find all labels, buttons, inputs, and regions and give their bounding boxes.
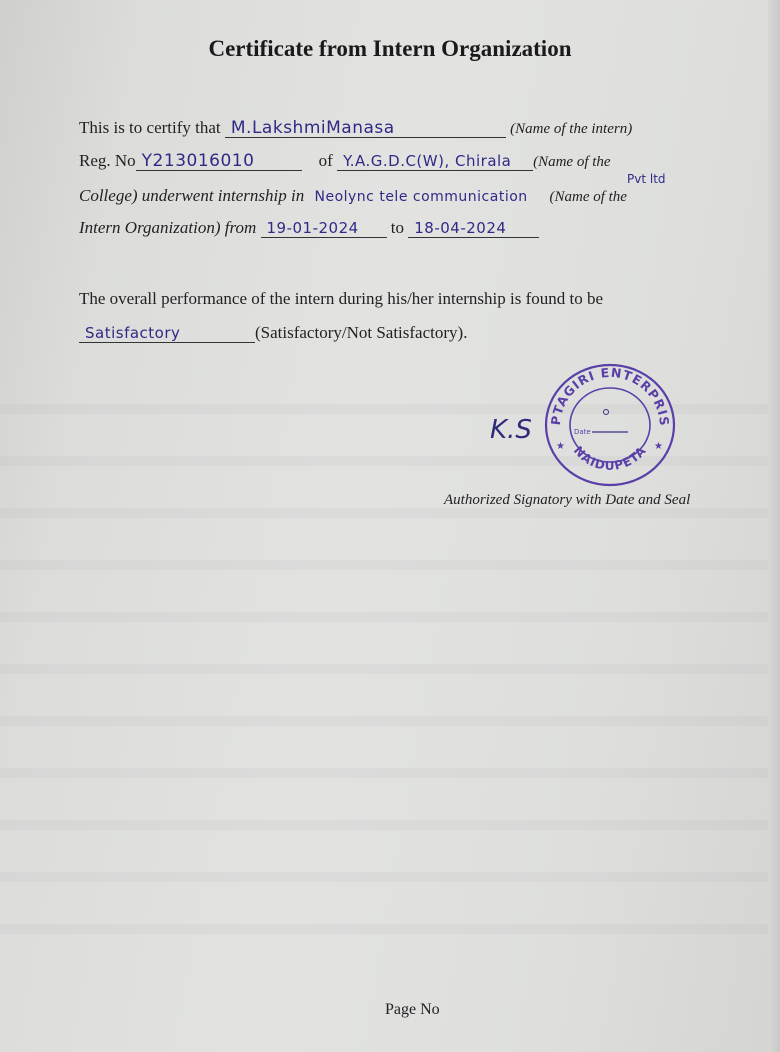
of-label: of: [319, 151, 333, 170]
to-label: to: [391, 218, 404, 237]
seal-star-left: ★: [556, 441, 565, 452]
organization-field: Neolync tele communication: [308, 188, 549, 206]
seal-bottom-text: NAIDUPETA: [571, 443, 649, 473]
organization-line: College) underwent internship in Neolync…: [79, 186, 627, 206]
performance-line: Satisfactory(Satisfactory/Not Satisfacto…: [79, 323, 467, 343]
duration-line: Intern Organization) from 19-01-2024 to …: [79, 218, 539, 238]
intern-name-field: M.LakshmiManasa: [225, 119, 506, 138]
from-date-field: 19-01-2024: [261, 219, 387, 238]
to-date-field: 18-04-2024: [408, 219, 539, 238]
signature: K.S: [490, 415, 532, 445]
page-title: Certificate from Intern Organization: [0, 36, 780, 62]
performance-options: (Satisfactory/Not Satisfactory).: [255, 323, 467, 342]
reg-college-line: Reg. NoY213016010 of Y.A.G.D.C(W), Chira…: [79, 151, 611, 171]
college-field: Y.A.G.D.C(W), Chirala: [337, 152, 533, 171]
svg-text:NAIDUPETA: NAIDUPETA: [571, 443, 649, 473]
performance-sentence: The overall performance of the intern du…: [79, 289, 603, 309]
seal-date-label: Date: [574, 428, 591, 436]
performance-field: Satisfactory: [79, 324, 255, 343]
intern-name-hint: (Name of the intern): [510, 121, 632, 137]
intern-name-line: This is to certify that M.LakshmiManasa …: [79, 118, 632, 138]
organization-hint: (Name of the: [549, 189, 626, 205]
reg-no-field: Y213016010: [136, 152, 302, 171]
organization-addendum: Pvt ltd: [627, 172, 666, 186]
college-hint: (Name of the: [533, 154, 610, 170]
svg-text:SAPTAGIRI ENTERPRISES: SAPTAGIRI ENTERPRISES: [538, 357, 672, 427]
seal-top-text: SAPTAGIRI ENTERPRISES: [538, 357, 672, 427]
college-hint-cont: College) underwent internship in: [79, 186, 304, 205]
reg-no-label: Reg. No: [79, 151, 136, 170]
company-seal: SAPTAGIRI ENTERPRISES NAIDUPETA ★ ★ Date: [538, 357, 680, 487]
page-number-label: Page No: [385, 1001, 440, 1019]
certify-prefix: This is to certify that: [79, 118, 221, 137]
organization-hint-cont: Intern Organization) from: [79, 218, 256, 237]
authorized-signatory-label: Authorized Signatory with Date and Seal: [444, 492, 690, 509]
page-edge: [768, 0, 780, 1052]
seal-star-right: ★: [654, 441, 663, 452]
